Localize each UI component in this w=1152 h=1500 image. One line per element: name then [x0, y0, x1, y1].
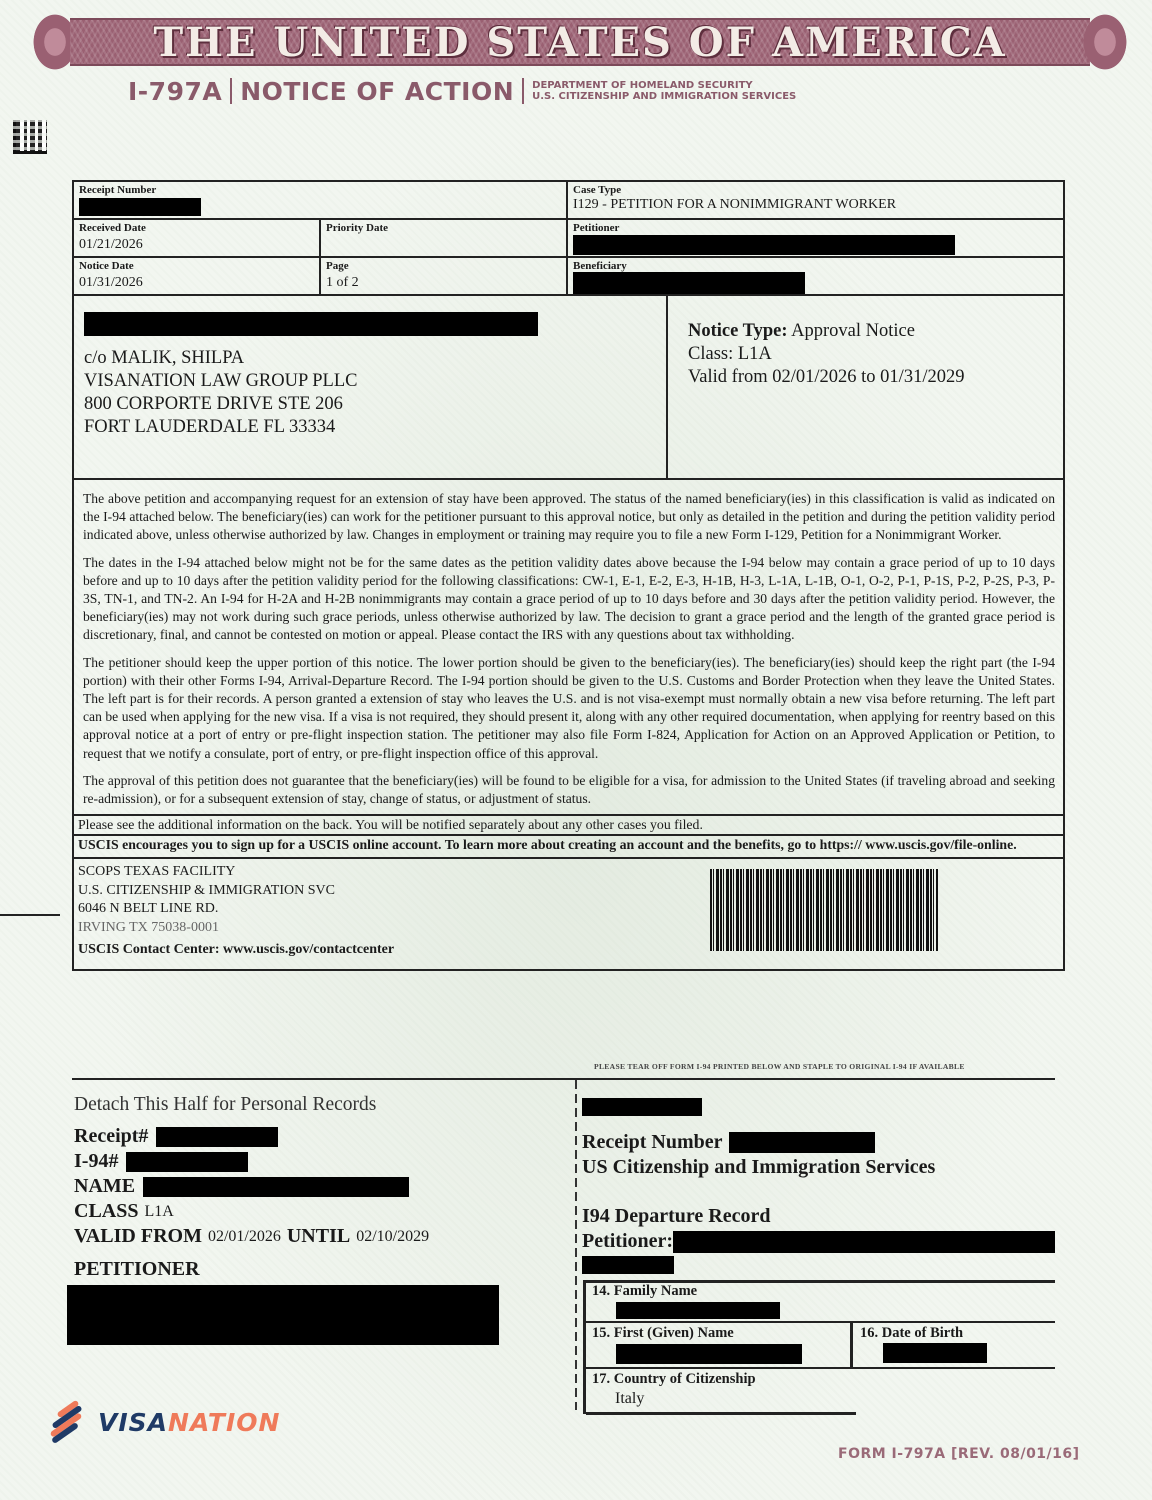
- class-value: L1A: [144, 1199, 173, 1224]
- name-label: NAME: [74, 1174, 135, 1199]
- beneficiary-label: Beneficiary: [573, 260, 1058, 272]
- family-name-field: 14. Family Name: [586, 1283, 1055, 1323]
- notice-class: Class: L1A: [688, 343, 1043, 366]
- dob-redacted: [883, 1343, 987, 1363]
- notice-validity: Valid from 02/01/2026 to 01/31/2029: [688, 366, 1043, 389]
- departure-record-title: I94 Departure Record: [582, 1204, 1062, 1229]
- received-date-value: 01/21/2026: [79, 237, 314, 253]
- i94-redacted: [126, 1152, 248, 1172]
- logo-text-visa: VISA: [98, 1408, 168, 1437]
- body-paragraph: The above petition and accompanying requ…: [83, 490, 1055, 545]
- case-info-table: Receipt Number Case Type I129 - PETITION…: [72, 180, 1065, 971]
- i94-fields-box: 14. Family Name 15. First (Given) Name 1…: [583, 1280, 1055, 1414]
- notice-body: The above petition and accompanying requ…: [74, 480, 1063, 814]
- received-date-cell: Received Date 01/21/2026: [74, 220, 321, 256]
- fold-mark: [0, 914, 60, 916]
- form-revision: FORM I-797A [REV. 08/01/16]: [838, 1446, 1080, 1462]
- body-row: The above petition and accompanying requ…: [74, 480, 1063, 816]
- departure-petitioner: Petitioner:: [582, 1229, 1062, 1254]
- receipt-number-label: Receipt Number: [79, 184, 561, 196]
- online-account-text: USCIS encourages you to sign up for a US…: [78, 836, 1017, 854]
- field-divider: [850, 1323, 853, 1367]
- notice-date-cell: Notice Date 01/31/2026: [74, 258, 321, 294]
- first-name-label: 15. First (Given) Name: [592, 1325, 734, 1342]
- family-name-redacted: [616, 1302, 780, 1319]
- page-label: Page: [326, 260, 561, 272]
- table-row: Received Date 01/21/2026 Priority Date P…: [74, 220, 1063, 258]
- country-field: 17. Country of Citizenship Italy: [586, 1369, 856, 1415]
- case-type-value: I129 - PETITION FOR A NONIMMIGRANT WORKE…: [573, 197, 1058, 213]
- stub-receipt: Receipt#: [74, 1124, 574, 1149]
- i94-departure-record: Receipt Number US Citizenship and Immigr…: [582, 1098, 1062, 1279]
- address-line: FORT LAUDERDALE FL 33334: [84, 416, 656, 439]
- tear-off-instruction: PLEASE TEAR OFF FORM I-94 PRINTED BELOW …: [594, 1062, 965, 1071]
- department-line-1: DEPARTMENT OF HOMELAND SECURITY: [532, 80, 753, 91]
- notice-summary: Notice Type: Approval Notice Class: L1A …: [668, 296, 1063, 478]
- departure-petitioner-redacted: [673, 1231, 1055, 1253]
- table-row: Receipt Number Case Type I129 - PETITION…: [74, 182, 1063, 220]
- address-line: c/o MALIK, SHILPA: [84, 347, 656, 370]
- divider: [522, 78, 524, 104]
- ornament-icon: [1080, 10, 1130, 74]
- body-paragraph: The dates in the I-94 attached below mig…: [83, 554, 1055, 645]
- stub-petitioner-label: PETITIONER: [74, 1258, 574, 1281]
- additional-info: Please see the additional information on…: [78, 816, 703, 834]
- stub-name: NAME: [74, 1174, 574, 1199]
- visanation-logo: VISA NATION: [46, 1400, 280, 1444]
- address-notice-row: c/o MALIK, SHILPA VISANATION LAW GROUP P…: [74, 296, 1063, 480]
- globe-stripes-icon: [46, 1400, 90, 1444]
- first-name-dob-row: 15. First (Given) Name 16. Date of Birth: [586, 1323, 1055, 1369]
- receipt-redacted: [156, 1127, 278, 1147]
- perforation-line: [575, 1080, 577, 1410]
- valid-from-label: VALID FROM: [74, 1224, 202, 1249]
- additional-info-row: Please see the additional information on…: [74, 816, 1063, 836]
- header-banner: THE UNITED STATES OF AMERICA: [30, 10, 1130, 74]
- stub-petitioner-redacted: [67, 1285, 499, 1345]
- departure-petitioner-redacted-2: [582, 1256, 674, 1274]
- departure-receipt-label: Receipt Number: [582, 1130, 723, 1155]
- receipt-label: Receipt#: [74, 1124, 148, 1149]
- beneficiary-cell: Beneficiary: [568, 258, 1063, 294]
- notice-type-value: Approval Notice: [791, 321, 915, 341]
- top-id-redacted: [582, 1098, 702, 1116]
- stub-i94: I-94#: [74, 1149, 574, 1174]
- addressee-redacted: [84, 312, 538, 336]
- body-paragraph: The approval of this petition does not g…: [83, 772, 1055, 808]
- beneficiary-redacted: [573, 272, 805, 294]
- online-account-row: USCIS encourages you to sign up for a US…: [74, 836, 1063, 859]
- notice-type-label: Notice Type:: [688, 321, 788, 341]
- name-redacted: [143, 1177, 409, 1197]
- case-type-cell: Case Type I129 - PETITION FOR A NONIMMIG…: [568, 182, 1063, 218]
- department-line-2: U.S. CITIZENSHIP AND IMMIGRATION SERVICE…: [532, 91, 796, 102]
- department: DEPARTMENT OF HOMELAND SECURITY U.S. CIT…: [532, 80, 796, 102]
- agency-name: US Citizenship and Immigration Services: [582, 1155, 1062, 1180]
- until-value: 02/10/2029: [356, 1224, 429, 1249]
- stub-class: CLASS L1A: [74, 1199, 574, 1224]
- dob-label: 16. Date of Birth: [860, 1325, 963, 1342]
- office-row: SCOPS TEXAS FACILITY U.S. CITIZENSHIP & …: [74, 859, 1063, 969]
- departure-receipt: Receipt Number: [582, 1130, 1062, 1155]
- personal-records-stub: Detach This Half for Personal Records Re…: [74, 1094, 574, 1281]
- priority-date-cell: Priority Date: [321, 220, 568, 256]
- stub-validity: VALID FROM 02/01/2026 UNTIL 02/10/2029: [74, 1224, 574, 1249]
- page-value: 1 of 2: [326, 275, 561, 291]
- banner-title: THE UNITED STATES OF AMERICA: [153, 19, 1006, 66]
- priority-date-label: Priority Date: [326, 222, 561, 234]
- address-line: 800 CORPORTE DRIVE STE 206: [84, 393, 656, 416]
- tear-line: [72, 1078, 1055, 1080]
- i94-label: I-94#: [74, 1149, 118, 1174]
- petitioner-label: Petitioner: [573, 222, 1058, 234]
- received-date-label: Received Date: [79, 222, 314, 234]
- valid-from-value: 02/01/2026: [208, 1224, 281, 1249]
- departure-petitioner-label: Petitioner:: [582, 1229, 673, 1254]
- form-heading: I-797A NOTICE OF ACTION DEPARTMENT OF HO…: [128, 74, 796, 108]
- mailing-address: c/o MALIK, SHILPA VISANATION LAW GROUP P…: [74, 296, 668, 478]
- barcode-icon: [710, 869, 938, 951]
- logo-text-nation: NATION: [168, 1408, 280, 1437]
- banner-band: THE UNITED STATES OF AMERICA: [70, 18, 1090, 66]
- receipt-number-cell: Receipt Number: [74, 182, 568, 218]
- stub-title: Detach This Half for Personal Records: [74, 1094, 574, 1116]
- address-line: VISANATION LAW GROUP PLLC: [84, 370, 656, 393]
- form-title: NOTICE OF ACTION: [240, 77, 514, 106]
- class-label: CLASS: [74, 1199, 138, 1224]
- table-row: Notice Date 01/31/2026 Page 1 of 2 Benef…: [74, 258, 1063, 296]
- departure-receipt-redacted: [729, 1132, 875, 1153]
- first-name-redacted: [616, 1344, 802, 1364]
- notice-date-value: 01/31/2026: [79, 275, 314, 291]
- country-value: Italy: [615, 1390, 644, 1408]
- form-number: I-797A: [128, 77, 222, 106]
- petitioner-redacted: [573, 235, 955, 255]
- petitioner-cell: Petitioner: [568, 220, 1063, 256]
- case-type-label: Case Type: [573, 184, 1058, 196]
- until-label: UNTIL: [287, 1224, 350, 1249]
- divider: [230, 78, 232, 104]
- receipt-number-redacted: [79, 198, 201, 216]
- body-paragraph: The petitioner should keep the upper por…: [83, 654, 1055, 763]
- page-cell: Page 1 of 2: [321, 258, 568, 294]
- country-label: 17. Country of Citizenship: [592, 1371, 756, 1388]
- family-name-label: 14. Family Name: [592, 1283, 697, 1300]
- notice-date-label: Notice Date: [79, 260, 314, 272]
- datamatrix-code-icon: [13, 120, 47, 154]
